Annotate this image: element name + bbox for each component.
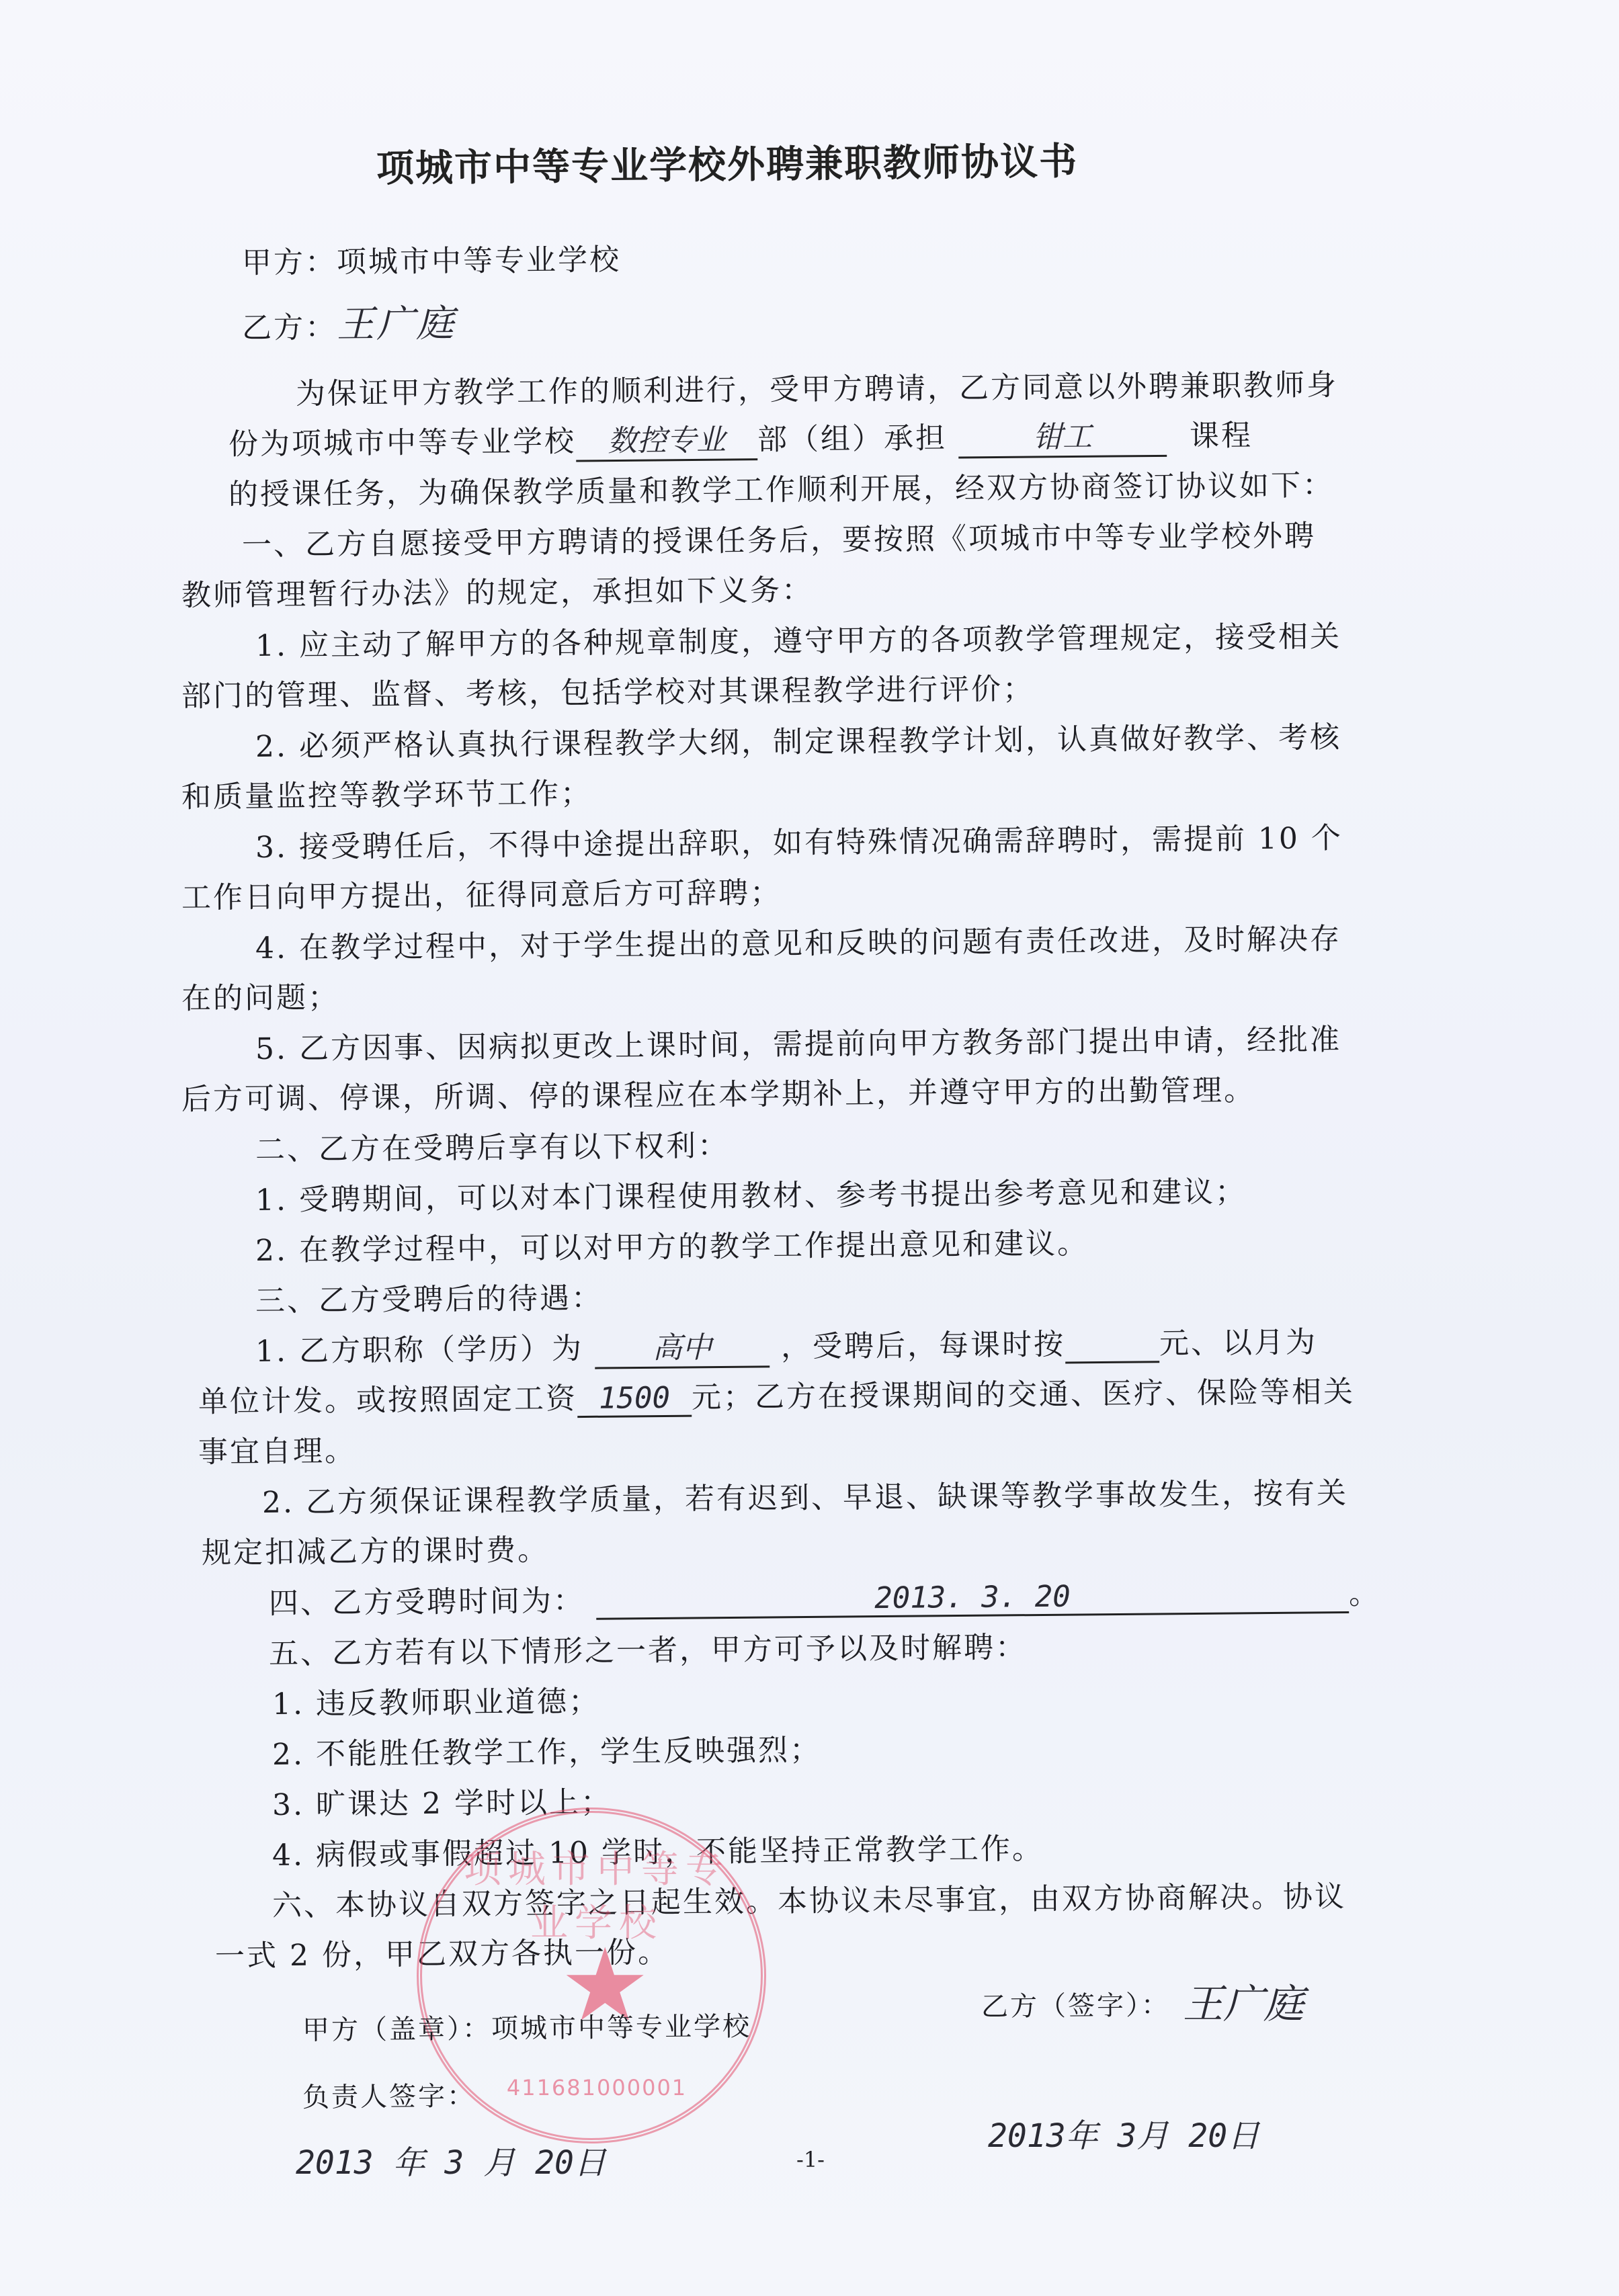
section1-heading-1: 一、乙方自愿接受甲方聘请的授课任务后，要按照《项城市中等专业学校外聘 [242, 511, 1316, 564]
section1-item-4-line1: 4. 在教学过程中，对于学生提出的意见和反映的问题有责任改进，及时解决存 [255, 915, 1341, 967]
party-b-line: 乙方：王广庭 [242, 294, 456, 349]
section3-item-1-line2: 单位计发。或按照固定工资1500元；乙方在授课期间的交通、医疗、保险等相关 [198, 1367, 1356, 1421]
party-b-label: 乙方： [242, 310, 337, 345]
seal-code: 411681000001 [496, 2075, 698, 2100]
section1-item-2-line1: 2. 必须严格认真执行课程教学大纲，制定课程教学计划，认真做好教学、考核 [255, 713, 1341, 765]
party-b-date: 2013年 3月 20日 [988, 2110, 1259, 2156]
party-b-handwritten-name: 王广庭 [337, 302, 456, 347]
party-a-seal-line: 甲方（盖章）：项城市中等专业学校 [302, 2005, 751, 2047]
document-title: 项城市中等专业学校外聘兼职教师协议书 [376, 130, 1251, 193]
party-b-sign-label: 乙方（签字）： [981, 1984, 1170, 2024]
intro-line-1: 为保证甲方教学工作的顺利进行，受甲方聘请，乙方同意以外聘兼职教师身 [296, 360, 1338, 413]
party-a-seal-label: 甲方（盖章）： [302, 2014, 491, 2046]
title-field: 高中 [595, 1322, 770, 1369]
section5-heading: 五、乙方若有以下情形之一者，甲方可予以及时解聘： [269, 1623, 1028, 1672]
section1-item-1-line1: 1. 应主动了解甲方的各种规章制度，遵守甲方的各项教学管理规定，接受相关 [255, 612, 1341, 665]
section2-item-2: 2. 在教学过程中，可以对甲方的教学工作提出意见和建议。 [255, 1219, 1089, 1269]
per-hour-label: ，受聘后，每课时按 [781, 1327, 1065, 1364]
fixed-salary-suffix: 元；乙方在授课期间的交通、医疗、保险等相关 [692, 1375, 1355, 1415]
per-hour-field [1065, 1326, 1159, 1363]
intro-line2-mid: 部（组）承担 [757, 421, 947, 457]
employment-period-field: 2013. 3. 20 [596, 1577, 1349, 1620]
per-hour-suffix: 元、以月为 [1159, 1325, 1317, 1361]
party-a-label: 甲方： [242, 245, 337, 280]
section1-item-2-line2: 和质量监控等教学环节工作； [181, 769, 593, 816]
course-field: 钳工 [958, 412, 1167, 459]
responsible-signature-label: 负责人签字： [302, 2075, 476, 2115]
section1-item-4-line2: 在的问题； [181, 973, 340, 1017]
party-a-seal-name: 项城市中等专业学校 [491, 2011, 751, 2044]
document-page: 项城市中等专业学校外聘兼职教师协议书 甲方：项城市中等专业学校 乙方：王广庭 为… [0, 0, 1619, 2296]
title-label: 1. 乙方职称（学历）为 [255, 1332, 583, 1369]
section2-heading: 二、乙方在受聘后享有以下权利： [255, 1121, 730, 1168]
section3-heading: 三、乙方受聘后的待遇： [255, 1273, 604, 1320]
party-a-name: 项城市中等专业学校 [337, 243, 621, 280]
intro-line2-suffix: 课程 [1190, 419, 1253, 454]
section2-item-1: 1. 受聘期间，可以对本门课程使用教材、参考书提出参考意见和建议； [255, 1167, 1247, 1219]
section5-item-1: 1. 违反教师职业道德； [272, 1677, 601, 1723]
section1-item-1-line2: 部门的管理、监督、考核，包括学校对其课程教学进行评价； [181, 665, 1035, 715]
section1-item-5-line1: 5. 乙方因事、因病拟更改上课时间，需提前向甲方教务部门提出申请，经批准 [255, 1015, 1341, 1068]
section5-item-2: 2. 不能胜任教学工作，学生反映强烈； [272, 1726, 821, 1773]
intro-line2-prefix: 份为项城市中等专业学校 [229, 424, 576, 462]
section1-item-5-line2: 后方可调、停课，所调、停的课程应在本学期补上，并遵守甲方的出勤管理。 [181, 1066, 1255, 1118]
intro-line-3: 的授课任务，为确保教学质量和教学工作顺利开展，经双方协商签订协议如下： [229, 461, 1334, 513]
section3-item-2-line2: 规定扣减乙方的课时费。 [202, 1525, 550, 1572]
section1-item-3-line2: 工作日向甲方提出，征得同意后方可辞聘； [181, 868, 782, 917]
party-b-signature: 王广庭 [1183, 1972, 1304, 2030]
party-a-date: 2013 年 3 月 20日 [296, 2137, 606, 2183]
period-end-mark: 。 [1349, 1577, 1380, 1611]
fixed-salary-field: 1500 [577, 1381, 692, 1418]
section3-item-1-line1: 1. 乙方职称（学历）为 高中 ，受聘后，每课时按 元、以月为 [255, 1318, 1317, 1372]
employment-period-label: 四、乙方受聘时间为： [269, 1584, 585, 1621]
intro-line-2: 份为项城市中等专业学校数控专业部（组）承担 钳工 课程 [229, 411, 1253, 465]
page-number: -1- [796, 2147, 825, 2172]
section3-item-2-line1: 2. 乙方须保证课程教学质量，若有迟到、早退、缺课等教学事故发生，按有关 [262, 1469, 1348, 1521]
section1-heading-2: 教师管理暂行办法》的规定，承担如下义务： [181, 566, 814, 614]
section4-line: 四、乙方受聘时间为： 2013. 3. 20。 [269, 1570, 1381, 1623]
section3-item-1-line3: 事宜自理。 [198, 1427, 357, 1471]
fixed-salary-label: 单位计发。或按照固定工资 [198, 1381, 577, 1419]
party-a-line: 甲方：项城市中等专业学校 [242, 235, 622, 282]
section1-item-3-line1: 3. 接受聘任后，不得中途提出辞职，如有特殊情况确需辞聘时，需提前 10 个 [255, 814, 1343, 866]
department-field: 数控专业 [576, 415, 758, 462]
